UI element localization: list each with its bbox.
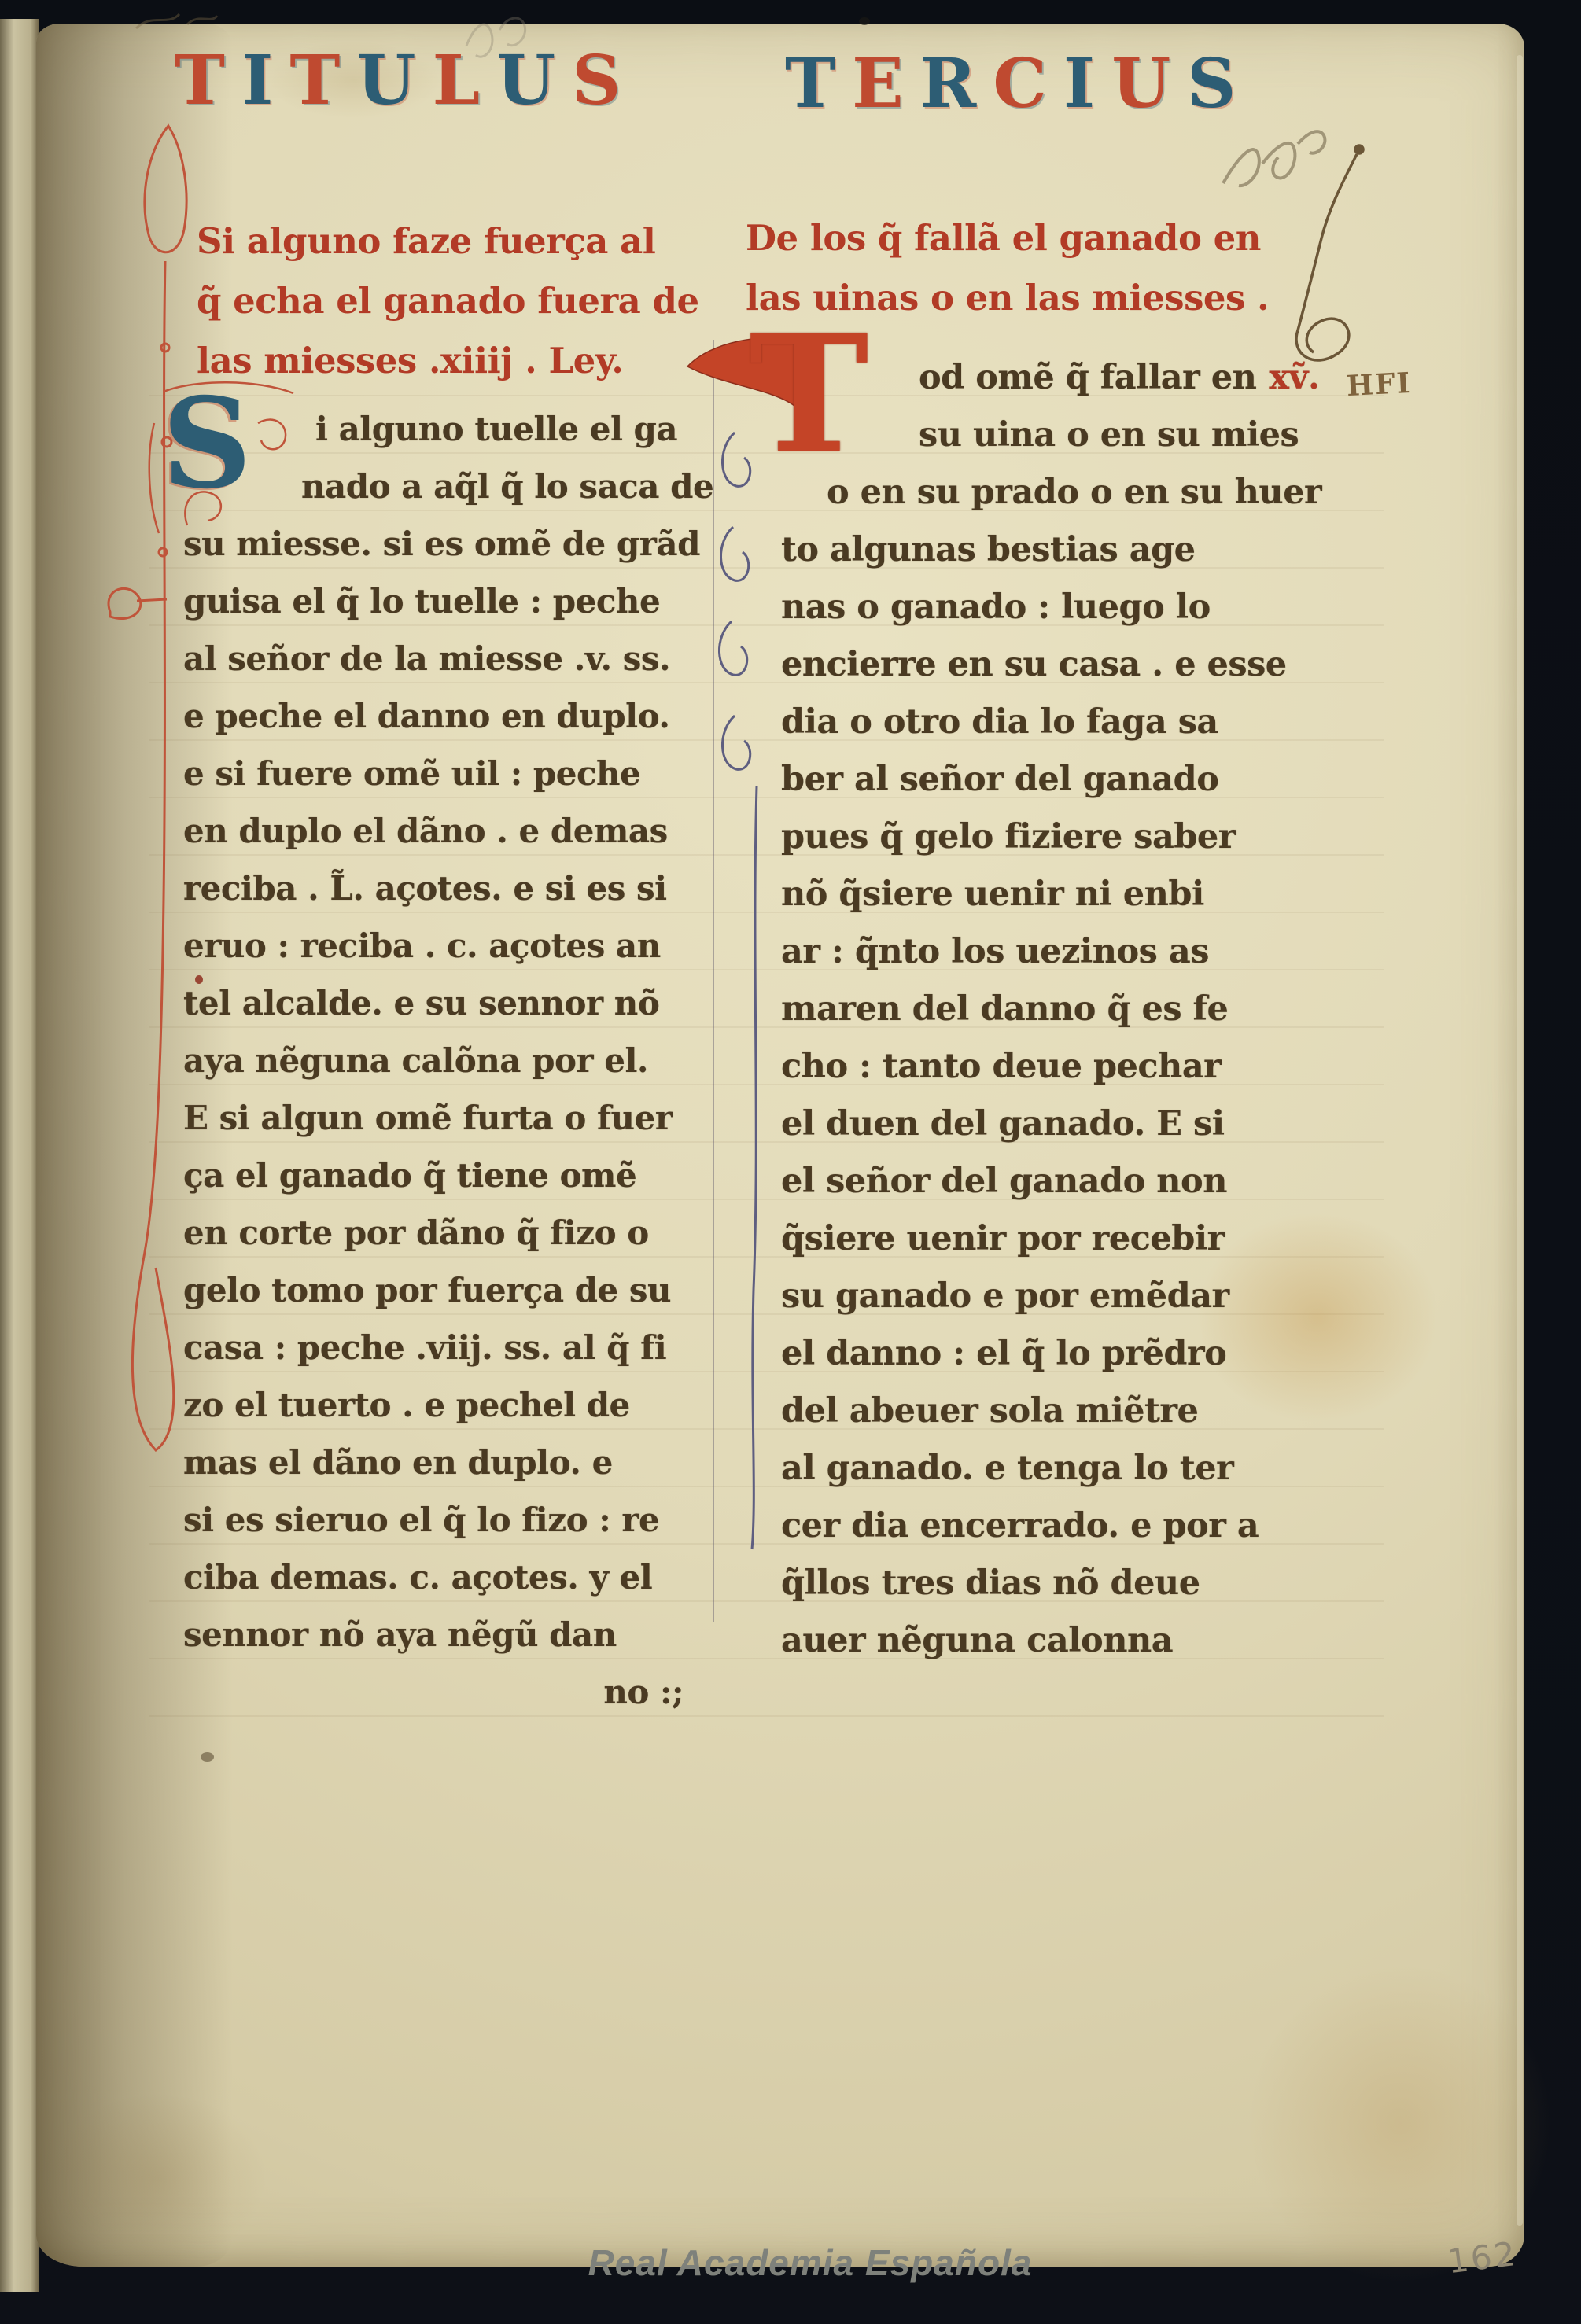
text-line: el duen del ganado. E si <box>781 1098 1379 1155</box>
text-line: e peche el danno en duplo. <box>183 691 693 748</box>
text-line: o en su prado o en su huer <box>781 466 1379 524</box>
text-line: encierre en su casa . e esse <box>781 639 1379 696</box>
text-line: el señor del ganado non <box>781 1155 1379 1213</box>
text-line: del abeuer sola miẽtre <box>781 1385 1379 1442</box>
text-line: en corte por dãno q̃ fizo o <box>183 1207 693 1265</box>
folio-number: 162 <box>1445 2234 1519 2282</box>
manuscript-photograph: T I T U L U S T E R C I U S <box>0 0 1581 2324</box>
text-line: nado a aq̃l q̃ lo saca de <box>183 461 693 518</box>
text-line: ciba demas. c. açotes. y el <box>183 1552 693 1609</box>
rubric-line: las uinas o en las miesses . <box>746 271 1375 330</box>
text-line: ar : q̃nto los uezinos as <box>781 926 1379 983</box>
text-line: cho : tanto deue pechar <box>781 1040 1379 1098</box>
text-line: casa : peche .viij. ss. al q̃ fi <box>183 1322 693 1379</box>
title-letter: U <box>1111 50 1170 118</box>
text-line: su uina o en su mies <box>781 409 1379 466</box>
page-edge-highlight <box>1517 55 1523 2226</box>
text-line: tel alcalde. e su sennor nõ <box>183 978 693 1035</box>
running-title-titulus: T I T U L U S <box>175 47 633 115</box>
text-line: al ganado. e tenga lo ter <box>781 1442 1379 1500</box>
text-line: ça el ganado q̃ tiene omẽ <box>183 1150 693 1207</box>
text-line: eruo : reciba . c. açotes an <box>183 920 693 978</box>
faint-mark-top-left <box>132 5 219 39</box>
text-line: mas el dãno en duplo. e <box>183 1437 693 1494</box>
text-line: no :; <box>183 1667 693 1724</box>
text-line: dia o otro dia lo faga sa <box>781 696 1379 753</box>
text-line: cer dia encerrado. e por a <box>781 1500 1379 1557</box>
text-column-right: od omẽ q̃ fallar enxṽ. su uina o en su m… <box>781 352 1379 1672</box>
text-line: guisa el q̃ lo tuelle : peche <box>183 576 693 633</box>
text-line: si es sieruo el q̃ lo fizo : re <box>183 1494 693 1552</box>
title-letter: S <box>572 47 621 115</box>
title-letter: T <box>785 50 835 118</box>
text-line: gelo tomo por fuerça de su <box>183 1265 693 1322</box>
title-letter: C <box>993 50 1046 118</box>
title-letter: I <box>1063 50 1095 118</box>
title-letter: U <box>357 47 416 115</box>
text-line: el danno : el q̃ lo prẽdro <box>781 1328 1379 1385</box>
rubric-line: las miesses .xiiij . Ley. <box>197 333 716 393</box>
parchment-stain <box>1251 1966 1550 2281</box>
rubric-line: q̃ echa el ganado fuera de <box>197 274 716 333</box>
rubric-line: De los q̃ fallã el ganado en <box>746 211 1375 271</box>
title-letter: E <box>852 50 904 118</box>
text-line: E si algun omẽ furta o fuer <box>183 1092 693 1150</box>
rubric-right-column: De los q̃ fallã el ganado en las uinas o… <box>746 211 1375 330</box>
library-watermark: Real Academia Española <box>558 2241 1062 2284</box>
text-line: al señor de la miesse .v. ss. <box>183 633 693 691</box>
ink-speck <box>859 17 870 25</box>
title-letter: R <box>920 50 976 118</box>
text-line: i alguno tuelle el ga <box>183 403 693 461</box>
title-letter: T <box>289 47 340 115</box>
text-line: su ganado e por emẽdar <box>781 1270 1379 1328</box>
previous-folio-edge <box>0 19 39 2292</box>
text-line: sennor nõ aya nẽgũ dan <box>183 1609 693 1667</box>
text-line: q̃llos tres dias nõ deue <box>781 1557 1379 1615</box>
text-line: zo el tuerto . e pechel de <box>183 1379 693 1437</box>
text-line: e si fuere omẽ uil : peche <box>183 748 693 805</box>
parchment-stain <box>47 2092 267 2265</box>
title-letter: T <box>175 47 225 115</box>
shelf-mark: HFI <box>1346 366 1413 403</box>
text-line: nas o ganado : luego lo <box>781 581 1379 639</box>
text-column-left: i alguno tuelle el ga nado a aq̃l q̃ lo … <box>183 403 693 1724</box>
title-letter: I <box>241 47 273 115</box>
rubric-line: Si alguno faze fuerça al <box>197 214 716 274</box>
rubric-left-column: Si alguno faze fuerça al q̃ echa el gana… <box>197 214 716 393</box>
faint-pencil-top-center <box>460 6 547 69</box>
ink-blot <box>201 1752 214 1762</box>
ink-flourish-marginalia <box>1282 140 1400 384</box>
text-line: aya nẽguna calõna por el. <box>183 1035 693 1092</box>
text-line-main: od omẽ q̃ fallar en <box>919 358 1256 397</box>
text-line: ber al señor del ganado <box>781 753 1379 811</box>
text-line: en duplo el dãno . e demas <box>183 805 693 863</box>
text-line: reciba . L̃. açotes. e si es si <box>183 863 693 920</box>
running-title-tercius: T E R C I U S <box>785 50 1248 118</box>
text-line: su miesse. si es omẽ de grãd <box>183 518 693 576</box>
text-line: nõ q̃siere uenir ni enbi <box>781 868 1379 926</box>
text-line: auer nẽguna calonna <box>781 1615 1379 1672</box>
text-line: maren del danno q̃ es fe <box>781 983 1379 1040</box>
text-line: pues q̃ gelo fiziere saber <box>781 811 1379 868</box>
text-line: q̃siere uenir por recebir <box>781 1213 1379 1270</box>
text-line: to algunas bestias age <box>781 524 1379 581</box>
